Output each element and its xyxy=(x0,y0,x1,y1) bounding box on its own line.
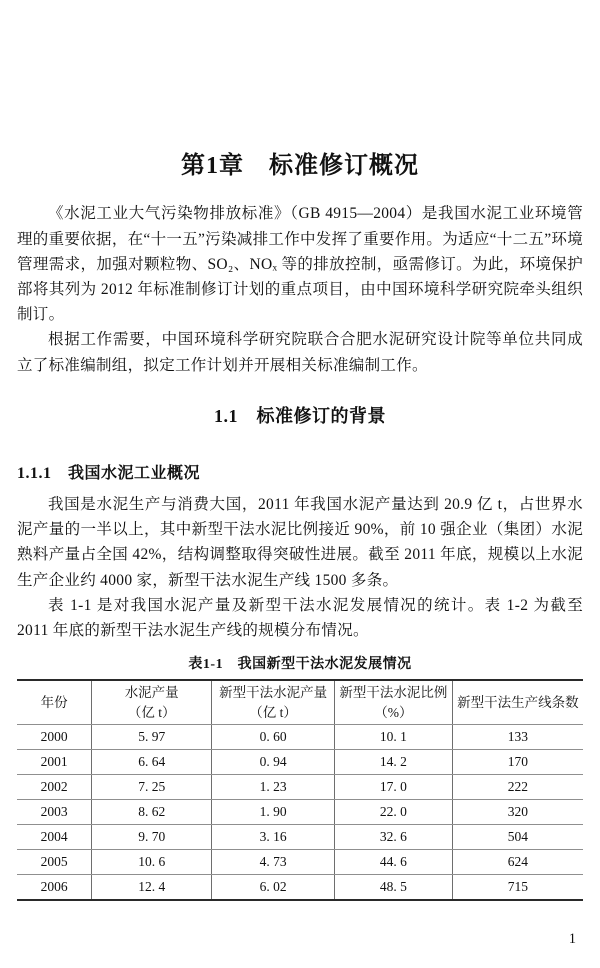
cell-ndp-lines: 170 xyxy=(452,750,583,775)
header-ndp-ratio-unit: （%） xyxy=(374,705,412,720)
header-cement-output-label: 水泥产量 xyxy=(125,685,179,700)
cell-year: 2006 xyxy=(17,875,92,900)
header-ndp-ratio: 新型干法水泥比例（%） xyxy=(335,680,453,725)
table-row: 2003 8. 62 1. 90 22. 0 320 xyxy=(17,800,583,825)
cell-cement-output: 6. 64 xyxy=(92,750,212,775)
cell-year: 2003 xyxy=(17,800,92,825)
cell-cement-output: 7. 25 xyxy=(92,775,212,800)
table-row: 2000 5. 97 0. 60 10. 1 133 xyxy=(17,725,583,750)
cell-ndp-lines: 320 xyxy=(452,800,583,825)
cell-cement-output: 9. 70 xyxy=(92,825,212,850)
cell-ndp-ratio: 14. 2 xyxy=(335,750,453,775)
header-ndp-ratio-label: 新型干法水泥比例 xyxy=(339,685,447,700)
table-header-row: 年份 水泥产量（亿 t） 新型干法水泥产量（亿 t） 新型干法水泥比例（%） 新… xyxy=(17,680,583,725)
cell-ndp-ratio: 10. 1 xyxy=(335,725,453,750)
header-year-label: 年份 xyxy=(41,695,68,710)
table-caption: 表1-1 我国新型干法水泥发展情况 xyxy=(17,653,583,673)
paragraph-workgroup: 根据工作需要，中国环境科学研究院联合合肥水泥研究设计院等单位共同成立了标准编制组… xyxy=(17,327,583,377)
cell-ndp-lines: 133 xyxy=(452,725,583,750)
subsection-title: 1.1.1 我国水泥工业概况 xyxy=(17,460,583,483)
table-row: 2001 6. 64 0. 94 14. 2 170 xyxy=(17,750,583,775)
cement-development-table: 年份 水泥产量（亿 t） 新型干法水泥产量（亿 t） 新型干法水泥比例（%） 新… xyxy=(17,679,583,901)
cell-ndp-ratio: 22. 0 xyxy=(335,800,453,825)
page-number: 1 xyxy=(569,931,576,948)
paragraph-industry-overview: 我国是水泥生产与消费大国，2011 年我国水泥产量达到 20.9 亿 t，占世界… xyxy=(17,492,583,593)
section-title: 1.1 标准修订的背景 xyxy=(17,404,583,429)
chapter-title: 第1章 标准修订概况 xyxy=(17,0,583,182)
header-year: 年份 xyxy=(17,680,92,725)
header-ndp-lines-label: 新型干法生产线条数 xyxy=(457,695,579,710)
cell-cement-output: 12. 4 xyxy=(92,875,212,900)
header-ndp-output: 新型干法水泥产量（亿 t） xyxy=(212,680,335,725)
table-row: 2006 12. 4 6. 02 48. 5 715 xyxy=(17,875,583,900)
cell-ndp-output: 1. 23 xyxy=(212,775,335,800)
cell-ndp-lines: 715 xyxy=(452,875,583,900)
cell-ndp-lines: 222 xyxy=(452,775,583,800)
cell-ndp-output: 3. 16 xyxy=(212,825,335,850)
cell-year: 2000 xyxy=(17,725,92,750)
cell-cement-output: 5. 97 xyxy=(92,725,212,750)
header-cement-output: 水泥产量（亿 t） xyxy=(92,680,212,725)
table-row: 2005 10. 6 4. 73 44. 6 624 xyxy=(17,850,583,875)
paragraph-table-reference: 表 1-1 是对我国水泥产量及新型干法水泥发展情况的统计。表 1-2 为截至 2… xyxy=(17,593,583,643)
cell-cement-output: 8. 62 xyxy=(92,800,212,825)
cell-ndp-output: 1. 90 xyxy=(212,800,335,825)
cell-year: 2004 xyxy=(17,825,92,850)
cell-ndp-output: 4. 73 xyxy=(212,850,335,875)
cell-ndp-ratio: 32. 6 xyxy=(335,825,453,850)
cell-year: 2001 xyxy=(17,750,92,775)
paragraph-intro: 《水泥工业大气污染物排放标准》（GB 4915—2004）是我国水泥工业环境管理… xyxy=(17,201,583,327)
cell-ndp-lines: 504 xyxy=(452,825,583,850)
header-cement-output-unit: （亿 t） xyxy=(128,705,176,720)
cell-ndp-output: 0. 60 xyxy=(212,725,335,750)
table-row: 2004 9. 70 3. 16 32. 6 504 xyxy=(17,825,583,850)
cell-ndp-lines: 624 xyxy=(452,850,583,875)
cell-year: 2002 xyxy=(17,775,92,800)
header-ndp-output-label: 新型干法水泥产量 xyxy=(219,685,327,700)
table-row: 2002 7. 25 1. 23 17. 0 222 xyxy=(17,775,583,800)
cell-ndp-ratio: 17. 0 xyxy=(335,775,453,800)
document-page: 第1章 标准修订概况 《水泥工业大气污染物排放标准》（GB 4915—2004）… xyxy=(0,0,600,968)
cell-year: 2005 xyxy=(17,850,92,875)
cell-cement-output: 10. 6 xyxy=(92,850,212,875)
cell-ndp-ratio: 44. 6 xyxy=(335,850,453,875)
cell-ndp-ratio: 48. 5 xyxy=(335,875,453,900)
header-ndp-lines: 新型干法生产线条数 xyxy=(452,680,583,725)
header-ndp-output-unit: （亿 t） xyxy=(249,705,297,720)
cell-ndp-output: 6. 02 xyxy=(212,875,335,900)
cell-ndp-output: 0. 94 xyxy=(212,750,335,775)
